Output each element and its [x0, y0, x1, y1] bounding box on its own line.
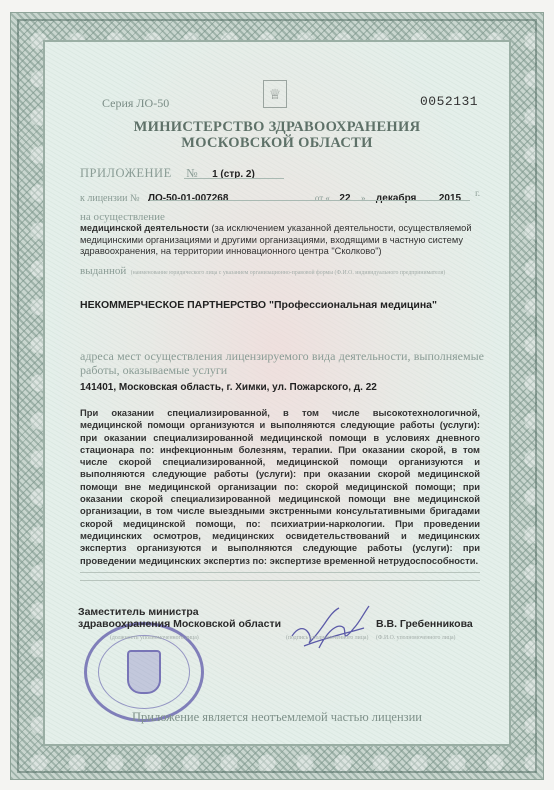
appendix-row: ПРИЛОЖЕНИЕ № 1 (стр. 2): [80, 164, 255, 182]
underline: [80, 580, 480, 581]
footer-note: Приложение является неотъемлемой частью …: [70, 710, 484, 725]
license-month: декабря: [376, 193, 416, 204]
ministry-title: МИНИСТЕРСТВО ЗДРАВООХРАНЕНИЯ: [70, 119, 484, 136]
issued-note: (наименование юридического лица с указан…: [131, 270, 446, 276]
license-label: к лицензии №: [80, 193, 140, 204]
license-row: к лицензии № ЛО-50-01-007268 от « 22 » д…: [80, 188, 480, 206]
license-number: ЛО-50-01-007268: [148, 193, 228, 204]
activity-label: на осуществление: [80, 211, 165, 223]
series-label: Серия ЛО-50: [102, 96, 169, 111]
handwritten-signature: [284, 598, 374, 658]
license-day: 22: [339, 193, 350, 204]
coat-of-arms-icon: ♕: [263, 80, 287, 108]
position-note: (должность уполномоченного лица): [110, 634, 199, 642]
signer-position: Заместитель министра здравоохранения Мос…: [78, 606, 281, 630]
underline: [184, 178, 284, 179]
seal-ring: [98, 635, 190, 709]
year-suffix: г.: [475, 188, 480, 198]
serial-number: 0052131: [420, 94, 478, 109]
issued-row: выданной (наименование юридического лица…: [80, 261, 480, 279]
organization-name: НЕКОММЕРЧЕСКОЕ ПАРТНЕРСТВО "Профессионал…: [80, 299, 437, 311]
activity-type: медицинской деятельности: [80, 223, 209, 233]
issued-label: выданной: [80, 265, 126, 277]
ministry-region: МОСКОВСКОЙ ОБЛАСТИ: [70, 135, 484, 152]
license-year: 2015: [439, 193, 461, 204]
address: 141401, Московская область, г. Химки, ул…: [80, 382, 377, 393]
date-prefix: от «: [315, 193, 330, 203]
name-note: (Ф.И.О. уполномоченного лица): [376, 634, 455, 642]
date-mid: »: [361, 193, 366, 203]
signer-position-line2: здравоохранения Московской области: [78, 618, 281, 630]
underline: [150, 200, 470, 201]
signer-name: В.В. Гребенникова: [376, 618, 473, 630]
signature-note: (подпись уполномоченного лица): [286, 634, 368, 642]
addresses-label: адреса мест осуществления лицензируемого…: [80, 349, 484, 377]
services-description: При оказании специализированной, в том ч…: [80, 407, 480, 567]
activity-description: медицинской деятельности (за исключением…: [80, 223, 480, 258]
appendix-label: ПРИЛОЖЕНИЕ: [80, 166, 172, 180]
underline: [80, 572, 480, 573]
signer-position-line1: Заместитель министра: [78, 606, 281, 618]
moscow-region-coat-of-arms-icon: [127, 650, 161, 694]
